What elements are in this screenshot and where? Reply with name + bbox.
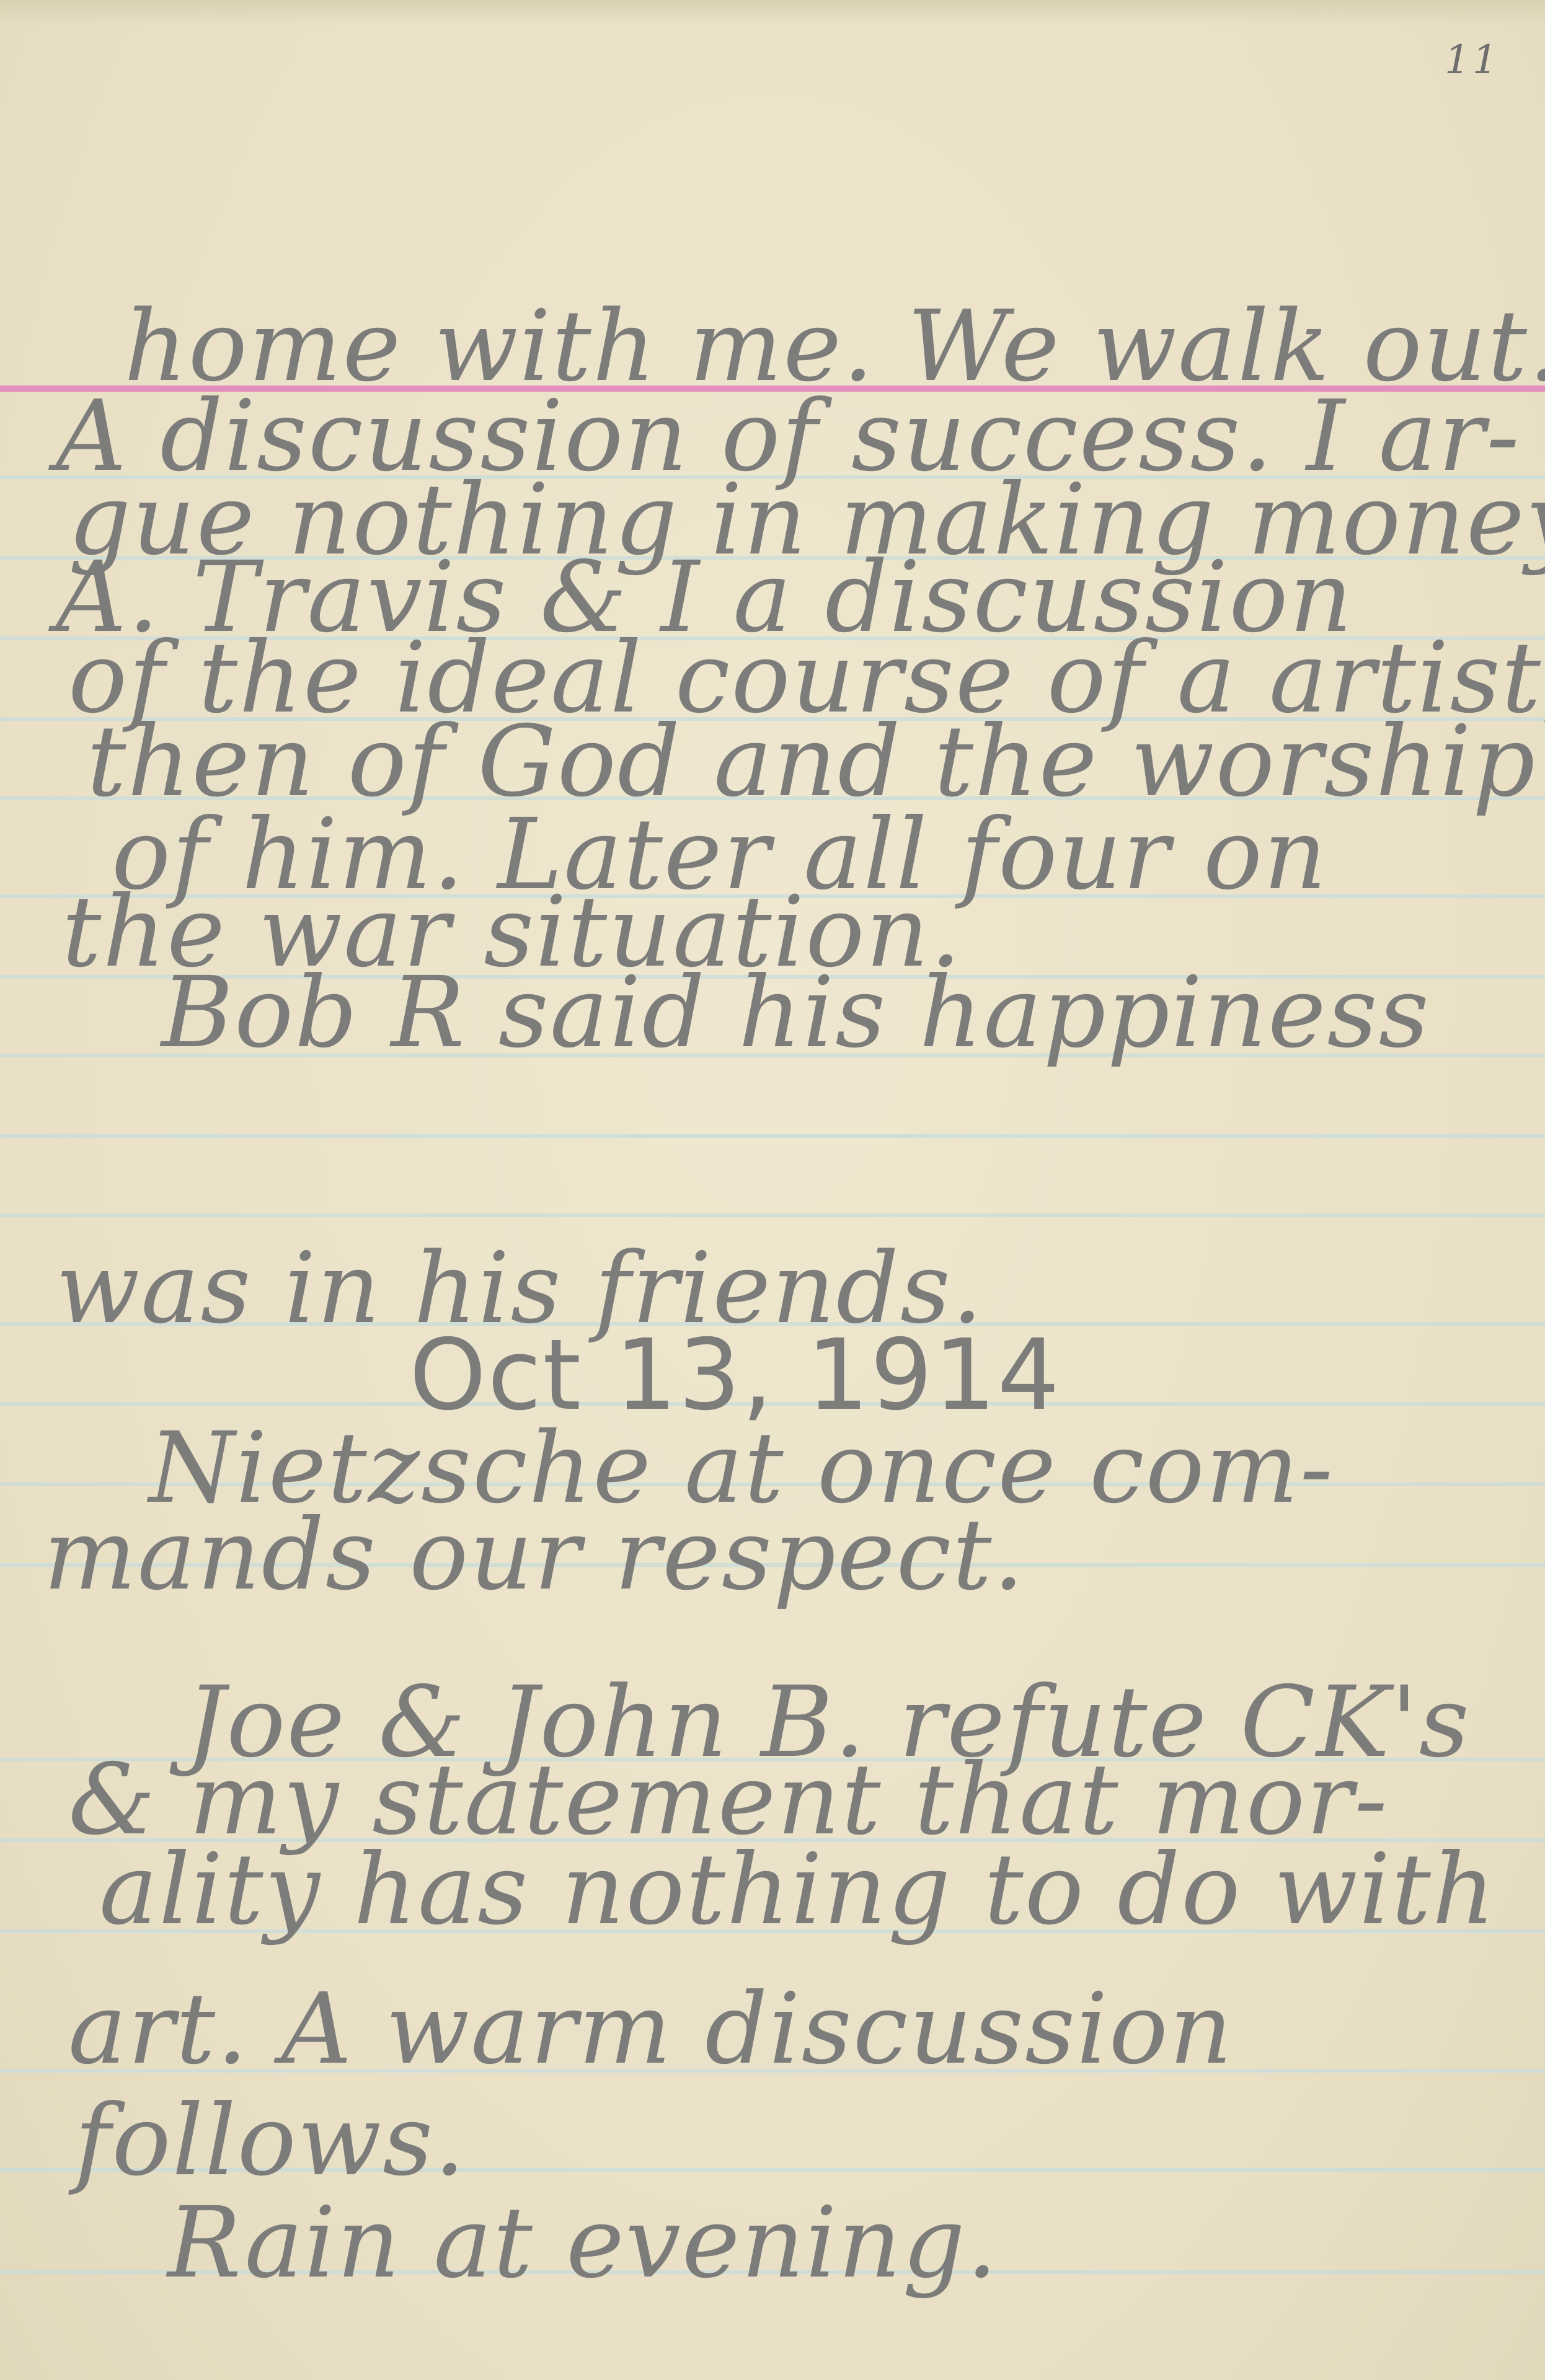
diary-line: follows. [74, 2092, 1545, 2190]
diary-line: then of God and the worship [87, 713, 1545, 811]
diary-line: Rain at evening. [167, 2194, 1545, 2292]
diary-page: 11 home with me. We walk out. A discussi… [0, 0, 1545, 2380]
page-top-edge [0, 0, 1545, 25]
rule-line [0, 1214, 1545, 1217]
page-number: 11 [1445, 37, 1500, 83]
diary-line: art. A warm discussion [68, 1980, 1545, 2078]
diary-line: mands our respect. [43, 1506, 1545, 1604]
diary-line: Bob R said his happiness [161, 964, 1545, 1062]
diary-line: ality has nothing to do with [99, 1841, 1545, 1939]
entry-date: Oct 13, 1914 [409, 1326, 1545, 1424]
rule-line [0, 1134, 1545, 1138]
